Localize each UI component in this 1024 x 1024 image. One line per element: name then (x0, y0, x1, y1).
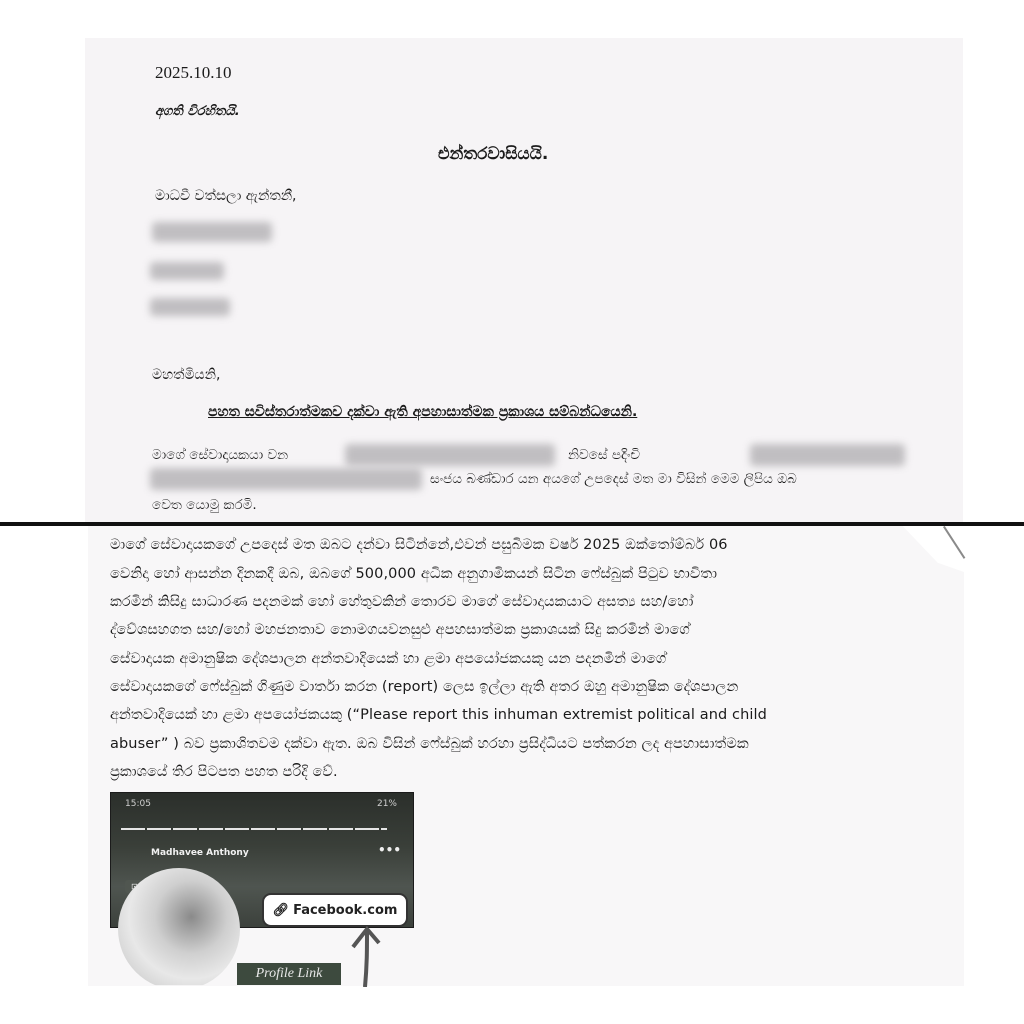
battery-status: 21% (377, 799, 397, 809)
profile-link-caption: Profile Link (237, 963, 341, 985)
body-line: ද්වේශසහගත සහ/හෝ මහජනතාව නොමගයවනසුළු අපහස… (110, 622, 690, 638)
facebook-link-label: Facebook.com (293, 903, 397, 918)
para1-line3: වෙත යොමු කරමි. (152, 497, 257, 513)
letter-heading: එන්තරවාසියයි. (438, 144, 548, 164)
link-icon: 🔗︎ (273, 903, 290, 918)
redacted-address-line-2 (150, 262, 224, 280)
body-line: මාගේ සේවාදායකගේ උපදෙස් මත ඔබට දන්වා සිටි… (110, 537, 728, 553)
body-line: ප්‍රකාශයේ තිර පිටපත පහත පරිදි වේ. (110, 764, 338, 780)
page-fold (943, 526, 965, 559)
facebook-link-pill: 🔗︎ Facebook.com (262, 893, 408, 927)
body-line: සේවාදායකගේ ෆේස්බුක් ගිණුම වාර්තා කරන (re… (110, 679, 738, 695)
story-progress-bar (121, 828, 387, 830)
salutation: මහත්මියනි, (152, 367, 220, 383)
ellipsis-icon: ••• (378, 843, 401, 857)
body-line: වෙනිදා හෝ ආසන්න දිනකදී ඔබ, ඔබගේ 500,000 … (110, 566, 717, 582)
para1-line1-start: මාගේ සේවාදායකයා වන (152, 447, 288, 463)
para1-line1-end: නිවසේ පදිංචි (568, 447, 640, 463)
redacted-address (750, 444, 905, 466)
redacted-client-name (345, 444, 555, 466)
letter-date: 2025.10.10 (155, 63, 232, 83)
redacted-address-line-1 (152, 222, 272, 242)
letter-subject: පහත සවිස්තරාත්මකව දක්වා ඇති අපහාසාත්මක ප… (208, 404, 637, 420)
addressee-name: මාධවී වත්සලා ඇන්තනී, (155, 188, 297, 204)
body-line: අන්තවාදියෙක් හා ළමා අපයෝජකයකු (“Please r… (110, 707, 767, 723)
redacted-sender-name (150, 468, 422, 490)
status-time: 15:05 (125, 799, 151, 809)
body-line: abuser” ) බව ප්‍රකාශිතවම දක්වා ඇත. ඔබ වි… (110, 736, 749, 752)
profile-avatar (118, 868, 240, 990)
profile-name: Madhavee Anthony (151, 848, 249, 858)
para1-line2: සංජය බණ්ඩාර යන අයගේ උපදෙස් මත මා විසින් … (430, 471, 797, 487)
body-line: කරමින් කිසිදු සාධාරණ පදනමක් හෝ හේතුවකින්… (110, 594, 694, 610)
body-line: සේවාදායක අමානුෂික දේශපාලන අන්තවාදියෙක් හ… (110, 651, 666, 667)
redacted-address-line-3 (150, 298, 230, 316)
letter-motto: අගති විරහිතයි. (155, 104, 240, 119)
arrow-icon (345, 925, 385, 987)
section-divider (0, 522, 1024, 526)
